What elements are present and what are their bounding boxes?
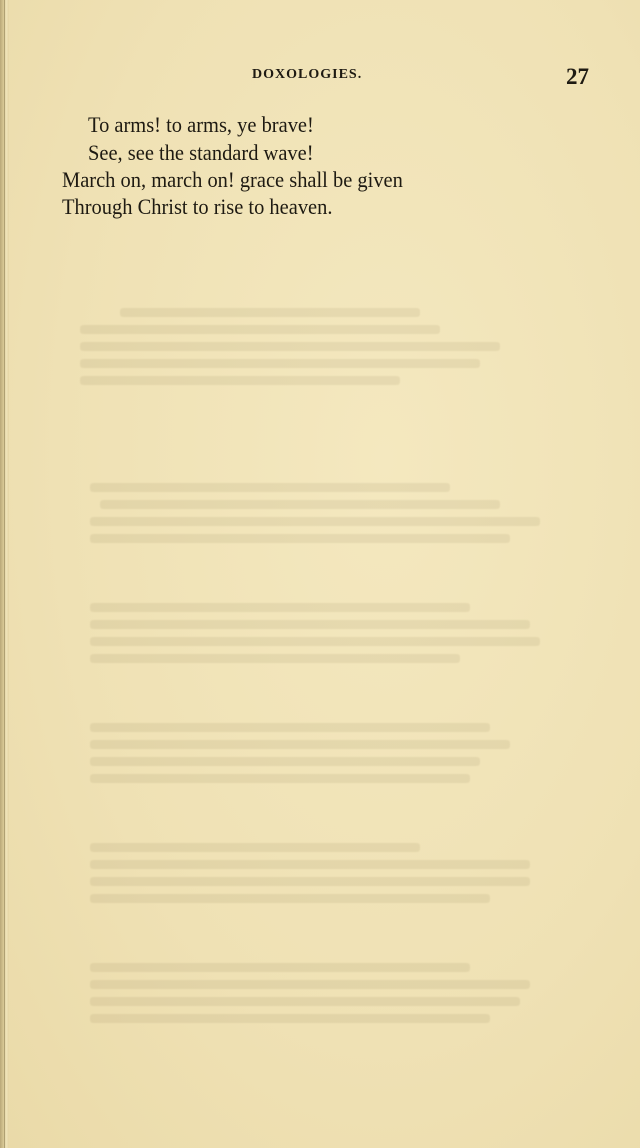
show-through-block-4 xyxy=(90,715,560,791)
verse-line-1: To arms! to arms, ye brave! xyxy=(88,112,314,138)
verse-line-4: Through Christ to rise to heaven. xyxy=(62,194,332,220)
show-through-block-5 xyxy=(90,835,560,911)
show-through-block-1 xyxy=(60,300,540,393)
verse-line-3: March on, march on! grace shall be given xyxy=(62,167,403,193)
verse-line-2: See, see the standard wave! xyxy=(88,140,314,166)
book-page: DOXOLOGIES. 27 To arms! to arms, ye brav… xyxy=(0,0,640,1148)
show-through-block-2 xyxy=(90,475,560,551)
show-through-block-6 xyxy=(90,955,560,1031)
running-head: DOXOLOGIES. 27 xyxy=(0,64,640,88)
show-through-block-3 xyxy=(90,595,560,671)
running-head-title: DOXOLOGIES. xyxy=(252,67,362,83)
gutter-edge-line xyxy=(4,0,5,1148)
page-number: 27 xyxy=(566,64,589,90)
page-gutter xyxy=(0,0,9,1148)
